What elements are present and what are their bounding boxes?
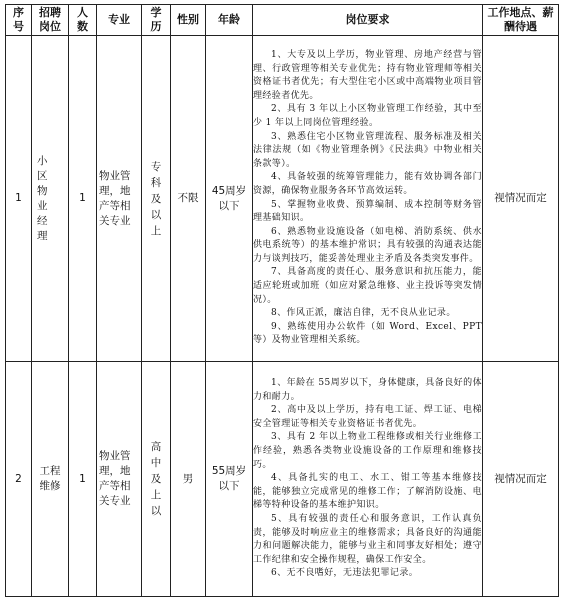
requirement-item: 9、熟练使用办公软件（如 Word、Excel、PPT等）及物业管理相关系统。 (253, 321, 482, 348)
requirement-item: 5、掌握物业收费、预算编制、成本控制等财务管理基础知识。 (253, 199, 482, 226)
cell-requirements: 1、大专及以上学历，物业管理、房地产经营与管理、行政管理等相关专业优先；持有物业… (253, 36, 483, 362)
header-major: 专业 (97, 5, 142, 36)
header-requirements: 岗位要求 (253, 5, 483, 36)
requirement-item: 1、大专及以上学历，物业管理、房地产经营与管理、行政管理等相关专业优先；持有物业… (253, 49, 482, 103)
recruitment-table: 序号 招聘岗位 人数 专业 学历 性别 年龄 岗位要求 工作地点、薪酬待遇 1 … (5, 4, 559, 597)
requirement-item: 3、具有 2 年以上物业工程维修或相关行业维修工作经验，熟悉各类物业设施设备的工… (253, 431, 482, 472)
requirement-item: 2、具有 3 年以上小区物业管理工作经验，其中至少 1 年以上同岗位管理经验。 (253, 103, 482, 130)
cell-position: 工程维修 (32, 362, 69, 597)
requirement-item: 3、熟悉住宅小区物业管理流程、服务标准及相关法律法规（如《物业管理条例》《民法典… (253, 131, 482, 172)
header-location-salary: 工作地点、薪酬待遇 (483, 5, 559, 36)
header-index: 序号 (6, 5, 32, 36)
header-row: 序号 招聘岗位 人数 专业 学历 性别 年龄 岗位要求 工作地点、薪酬待遇 (6, 5, 559, 36)
header-gender: 性别 (171, 5, 206, 36)
cell-age: 45周岁以下 (206, 36, 253, 362)
cell-major: 物业管理，地产等相关专业 (97, 36, 142, 362)
table-row: 1 小区物业经理 1 物业管理，地产等相关专业 专科及以上 不限 45周岁以下 … (6, 36, 559, 362)
cell-index: 2 (6, 362, 32, 597)
cell-index: 1 (6, 36, 32, 362)
requirement-item: 8、作风正派，廉洁自律，无不良从业记录。 (253, 307, 482, 321)
header-age: 年龄 (206, 5, 253, 36)
requirement-item: 2、高中及以上学历，持有电工证、焊工证、电梯安全管理证等相关专业资格证书者优先。 (253, 404, 482, 431)
requirement-item: 4、具备扎实的电工、水工、钳工等基本维修技能，能够独立完成常见的维修工作；了解消… (253, 472, 482, 513)
cell-position: 小区物业经理 (32, 36, 69, 362)
cell-major: 物业管理，地产等相关专业 (97, 362, 142, 597)
cell-location-salary: 视情况而定 (483, 36, 559, 362)
requirement-item: 4、具备较强的统筹管理能力，能有效协调各部门资源，确保物业服务各环节高效运转。 (253, 171, 482, 198)
cell-gender: 不限 (171, 36, 206, 362)
cell-education: 高中及上以 (142, 362, 171, 597)
header-position: 招聘岗位 (32, 5, 69, 36)
cell-education: 专科及以上 (142, 36, 171, 362)
requirement-item: 1、年龄在 55周岁以下，身体健康，具备良好的体力和耐力。 (253, 377, 482, 404)
header-education: 学历 (142, 5, 171, 36)
cell-headcount: 1 (69, 362, 97, 597)
table-row: 2 工程维修 1 物业管理，地产等相关专业 高中及上以 男 55周岁以下 1、年… (6, 362, 559, 597)
cell-age: 55周岁以下 (206, 362, 253, 597)
cell-headcount: 1 (69, 36, 97, 362)
requirement-item: 5、具有较强的责任心和服务意识，工作认真负责，能够及时响应业主的维修需求；具备良… (253, 513, 482, 567)
cell-requirements: 1、年龄在 55周岁以下，身体健康，具备良好的体力和耐力。 2、高中及以上学历，… (253, 362, 483, 597)
requirement-item: 6、无不良嗜好，无违法犯罪记录。 (253, 567, 482, 581)
requirement-item: 7、具备高度的责任心、服务意识和抗压能力，能适应轮班或加班（如应对紧急维修、业主… (253, 266, 482, 307)
requirement-item: 6、熟悉物业设施设备（如电梯、消防系统、供水供电系统等）的基本维护常识；具有较强… (253, 226, 482, 267)
cell-location-salary: 视情况而定 (483, 362, 559, 597)
header-headcount: 人数 (69, 5, 97, 36)
cell-gender: 男 (171, 362, 206, 597)
